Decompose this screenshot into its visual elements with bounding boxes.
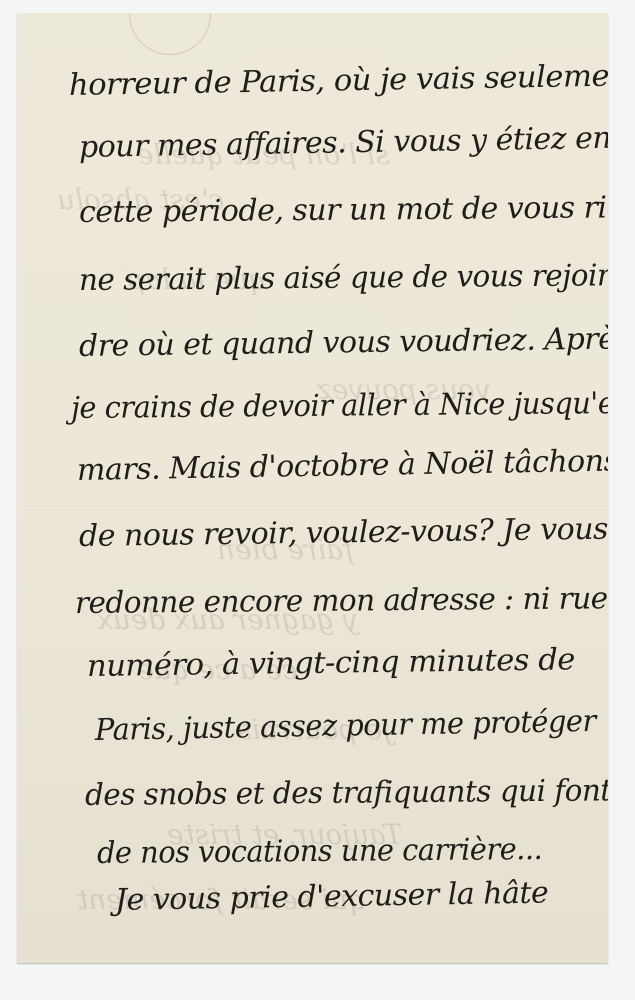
letter-page: si l'on peut quelle c'est absolu que la … — [17, 13, 608, 963]
letter-line-11: Paris, juste assez pour me protéger — [95, 704, 596, 748]
letter-line-12: des snobs et des trafiquants qui font — [85, 773, 608, 813]
paper-mark — [129, 13, 211, 55]
fold-crease — [17, 508, 608, 510]
letter-line-9: redonne encore mon adresse : ni rue ni — [75, 581, 608, 621]
letter-line-7: mars. Mais d'octobre à Noël tâchons — [77, 444, 608, 488]
letter-line-13: de nos vocations une carrière... — [97, 832, 543, 871]
letter-line-6: je crains de devoir aller à Nice jusqu'e… — [71, 386, 608, 426]
letter-line-3: cette période, sur un mot de vous rien — [79, 190, 608, 230]
letter-line-5: dre où et quand vous voudriez. Après, — [79, 321, 608, 364]
letter-line-4: ne serait plus aisé que de vous rejoin- — [79, 258, 608, 298]
letter-line-10: numéro, à vingt-cinq minutes de — [87, 642, 575, 684]
letter-line-8: de nous revoir, voulez-vous? Je vous — [79, 512, 608, 554]
letter-line-2: pour mes affaires. Si vous y étiez en — [79, 121, 608, 165]
letter-line-1: horreur de Paris, où je vais seulement — [69, 58, 608, 103]
letter-line-14: Je vous prie d'excuser la hâte — [115, 875, 549, 918]
